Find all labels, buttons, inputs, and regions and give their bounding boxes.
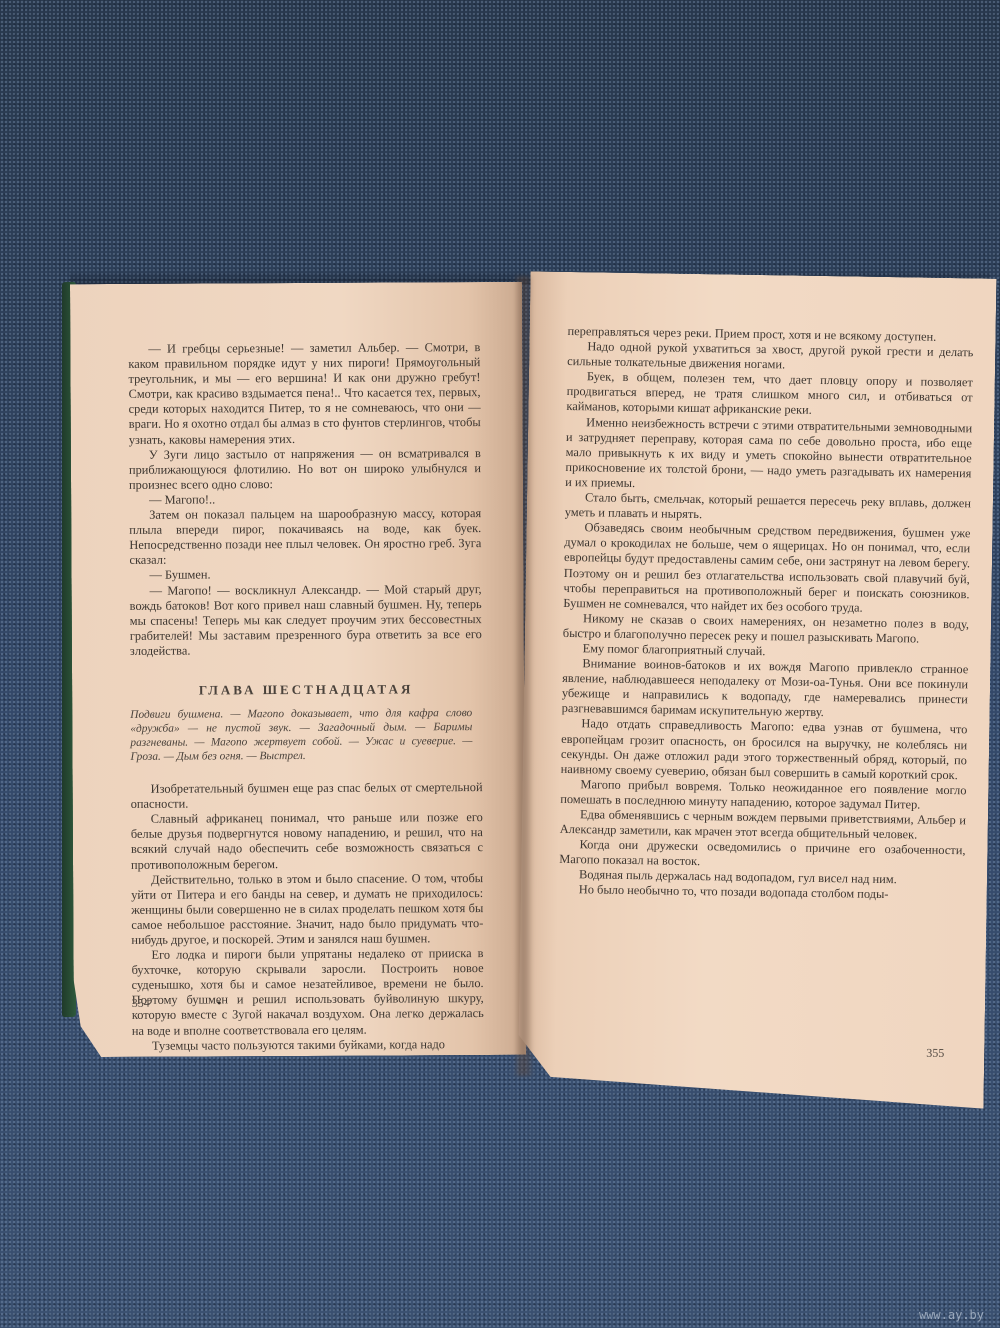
left-page-text-after-chapter: Изобретательный бушмен еще раз спас белы… xyxy=(131,780,484,1054)
watermark: www.ay.by xyxy=(919,1308,984,1322)
paragraph: Именно неизбежность встречи с этими отвр… xyxy=(565,415,972,497)
page-number-left: 354 xyxy=(132,996,150,1011)
chapter-summary: Подвиги бушмена. — Магопо доказывает, чт… xyxy=(130,706,472,764)
paragraph: У Зуги лицо застыло от напряжения — он в… xyxy=(129,446,481,493)
paragraph: — Магопо! — воскликнул Александр. — Мой … xyxy=(130,582,482,659)
paragraph: Затем он показал пальцем на шарообразную… xyxy=(129,506,481,568)
paragraph: Надо отдать справедливость Магопо: едва … xyxy=(561,716,968,783)
open-book: — И гребцы серьезные! — заметил Альбер. … xyxy=(0,0,1000,1328)
paragraph: Славный африканец понимал, что раньше ил… xyxy=(131,810,483,872)
paragraph: — И гребцы серьезные! — заметил Альбер. … xyxy=(128,340,481,447)
paragraph: Буек, в общем, полезен тем, что дает пло… xyxy=(566,369,973,421)
paragraph: Его лодка и пироги были упрятаны недалек… xyxy=(131,946,483,1038)
paragraph: Внимание воинов-батоков и их вождя Магоп… xyxy=(562,656,969,723)
book-gutter xyxy=(516,276,532,1076)
paragraph: Обзаведясь своим необычным средством пер… xyxy=(563,520,970,617)
paragraph: Изобретательный бушмен еще раз спас белы… xyxy=(131,780,483,812)
left-page: — И гребцы серьезные! — заметил Альбер. … xyxy=(70,282,526,1057)
paragraph: Действительно, только в этом и было спас… xyxy=(131,871,483,948)
ink-speck xyxy=(218,1001,221,1004)
right-page: переправляться через реки. Прием прост, … xyxy=(518,271,997,1108)
left-page-text-before-chapter: — И гребцы серьезные! — заметил Альбер. … xyxy=(128,340,482,659)
paragraph: Туземцы часто пользуются такими буйками,… xyxy=(132,1037,484,1054)
page-number-right: 355 xyxy=(926,1046,944,1061)
chapter-title: ГЛАВА ШЕСТНАДЦАТАЯ xyxy=(130,681,482,698)
